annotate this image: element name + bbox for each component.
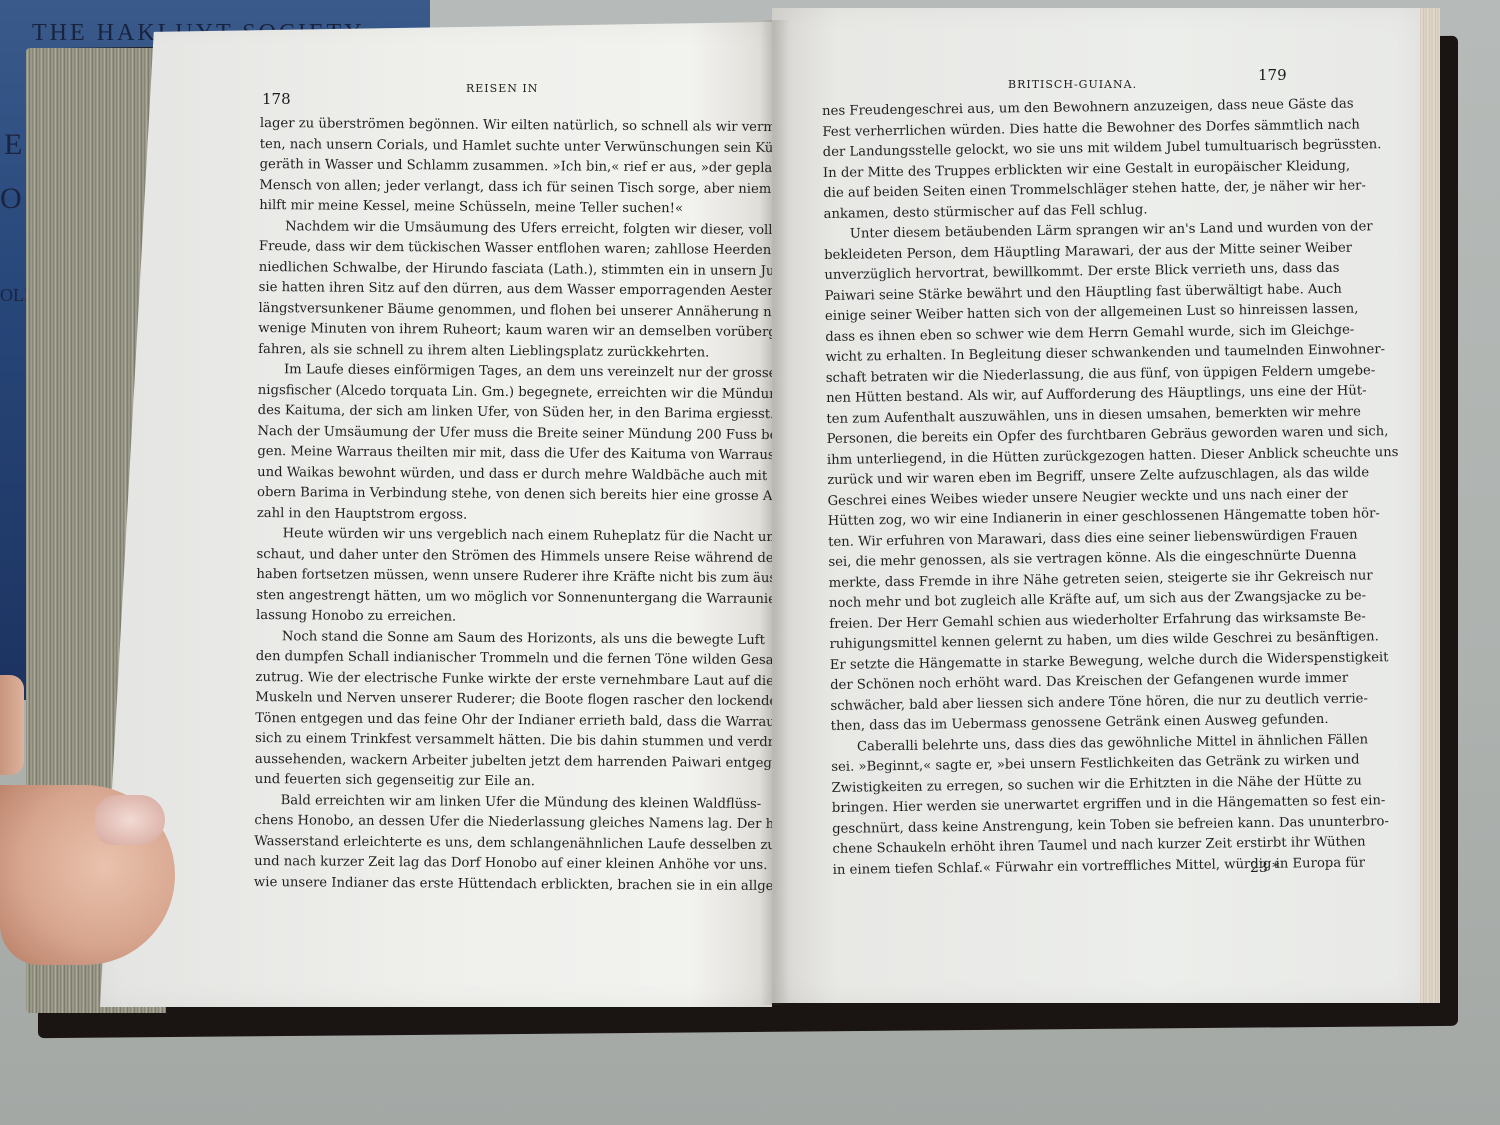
holding-finger	[0, 675, 24, 775]
background-title-fragment: E	[4, 128, 22, 162]
page-number: 178	[262, 90, 291, 108]
text-line: wenige Minuten von ihrem Ruheort; kaum w…	[258, 319, 718, 343]
text-line: Freude, dass wir dem tückischen Wasser e…	[259, 237, 719, 261]
body-text: nes Freudengeschrei aus, um den Bewohner…	[822, 95, 1353, 881]
text-line: und feuerten sich gegenseitig zur Eile a…	[255, 770, 715, 794]
thumbnail	[95, 795, 165, 845]
left-page: 178 REISEN IN lager zu überströmen begön…	[100, 22, 772, 1007]
text-line: hilft mir meine Kessel, meine Schüsseln,…	[259, 196, 719, 220]
text-line: und nach kurzer Zeit lag das Dorf Honobo…	[254, 852, 714, 876]
signature-mark: 23 *	[1250, 860, 1279, 876]
text-line: den dumpfen Schall indianischer Trommeln…	[256, 647, 716, 671]
right-page: 179 BRITISCH-GUIANA. nes Freudengeschrei…	[772, 8, 1420, 1003]
text-line: wie unsere Indianer das erste Hüttendach…	[254, 872, 714, 896]
text-line: chens Honobo, an dessen Ufer die Niederl…	[254, 811, 714, 835]
text-line: Muskeln und Nerven unserer Ruderer; die …	[255, 688, 715, 712]
page-number: 179	[1258, 66, 1287, 84]
body-text: lager zu überströmen begönnen. Wir eilte…	[254, 114, 720, 897]
text-line: haben fortsetzen müssen, wenn unsere Rud…	[256, 565, 716, 589]
background-title-fragment: O	[0, 182, 22, 216]
text-line: geräth in Wasser und Schlamm zusammen. »…	[260, 155, 720, 179]
book-gutter	[760, 20, 790, 1005]
holding-thumb	[0, 785, 175, 965]
text-line: lager zu überströmen begönnen. Wir eilte…	[260, 114, 720, 138]
text-line: lassung Honobo zu erreichen.	[256, 606, 716, 630]
text-line: obern Barima in Verbindung stehe, von de…	[257, 483, 717, 507]
text-line: des Kaituma, der sich am linken Ufer, vo…	[258, 401, 718, 425]
text-line: sich zu einem Trinkfest versammelt hätte…	[255, 729, 715, 753]
running-head: REISEN IN	[466, 82, 538, 95]
text-line: Im Laufe dieses einförmigen Tages, an de…	[258, 360, 718, 384]
running-head: BRITISCH-GUIANA.	[1008, 78, 1137, 91]
text-line: sie hatten ihren Sitz auf den dürren, au…	[259, 278, 719, 302]
text-line: Heute würden wir uns vergeblich nach ein…	[257, 524, 717, 548]
text-line: gen. Meine Warraus theilten mir mit, das…	[257, 442, 717, 466]
